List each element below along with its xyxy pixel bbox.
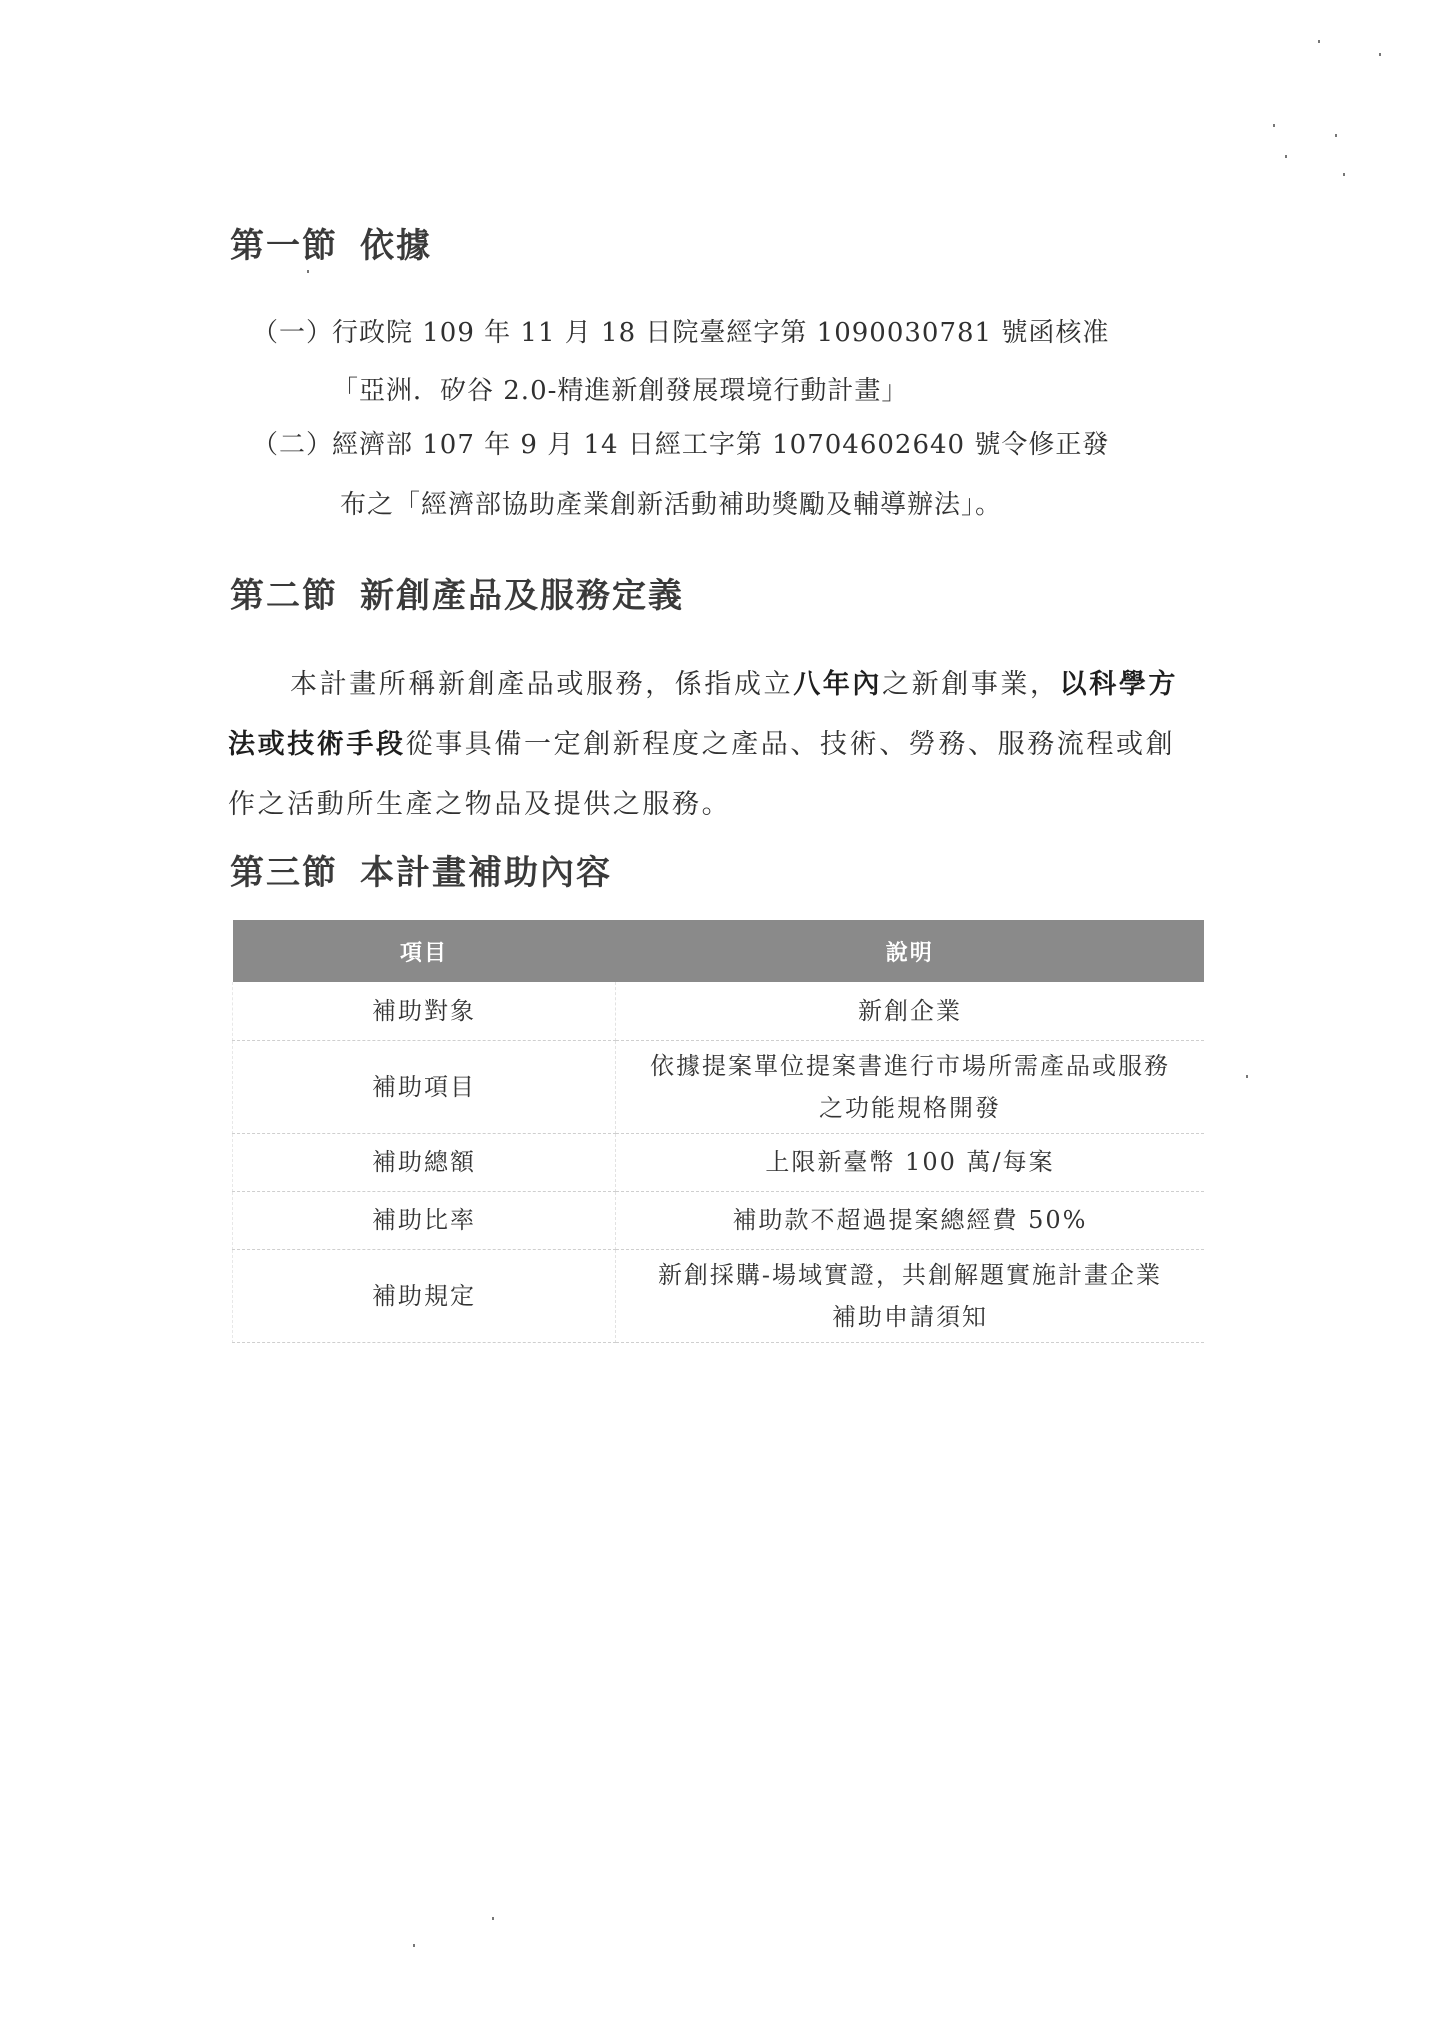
table-row: 補助比率 補助款不超過提案總經費 50%	[233, 1191, 1205, 1249]
item-text: 「亞洲．矽谷 2.0-精進新創發展環境行動計畫」	[332, 376, 908, 406]
item-cell: 補助規定	[233, 1249, 616, 1342]
basis-item-2-line-1: （二）經濟部 107 年 9 月 14 日經工字第 10704602640 號令…	[252, 430, 1109, 460]
item-prefix: （一）	[252, 318, 332, 348]
table-row: 補助項目 依據提案單位提案書進行市場所需產品或服務之功能規格開發	[233, 1040, 1205, 1133]
basis-item-1-line-2: 「亞洲．矽谷 2.0-精進新創發展環境行動計畫」	[332, 376, 908, 406]
section-number: 第二節	[230, 576, 338, 616]
item-prefix: （二）	[252, 430, 332, 460]
section-heading-definition: 第二節新創產品及服務定義	[230, 568, 684, 617]
subsidy-table: 項目 說明 補助對象 新創企業 補助項目 依據提案單位提案書進行市場所需產品或服…	[232, 920, 1204, 1343]
definition-paragraph: 本計畫所稱新創產品或服務，係指成立八年內之新創事業，以科學方法或技術手段從事具備…	[228, 655, 1188, 835]
item-cell: 補助項目	[233, 1040, 616, 1133]
section-heading-basis: 第一節依據	[230, 218, 432, 267]
scan-speck	[1273, 124, 1275, 127]
table-header-row: 項目 說明	[233, 920, 1205, 982]
column-header-item: 項目	[233, 920, 616, 982]
scan-speck	[492, 1917, 494, 1920]
scan-speck	[1246, 1075, 1248, 1078]
section-title: 依據	[360, 226, 432, 266]
table-row: 補助總額 上限新臺幣 100 萬/每案	[233, 1133, 1205, 1191]
scan-speck	[307, 270, 309, 273]
section-title: 本計畫補助內容	[360, 853, 612, 893]
item-cell: 補助總額	[233, 1133, 616, 1191]
basis-item-1-line-1: （一）行政院 109 年 11 月 18 日院臺經字第 1090030781 號…	[252, 318, 1109, 348]
section-title: 新創產品及服務定義	[360, 576, 684, 616]
section-number: 第一節	[230, 226, 338, 266]
section-heading-subsidy: 第三節本計畫補助內容	[230, 845, 612, 894]
scan-speck	[1335, 134, 1337, 137]
item-text: 行政院 109 年 11 月 18 日院臺經字第 1090030781 號函核准	[332, 318, 1109, 348]
basis-item-2-line-2: 布之「經濟部協助產業創新活動補助獎勵及輔導辦法」。	[340, 490, 1002, 520]
table-row: 補助規定 新創採購-場域實證，共創解題實施計畫企業補助申請須知	[233, 1249, 1205, 1342]
column-header-description: 說明	[616, 920, 1205, 982]
scan-speck	[1379, 53, 1381, 56]
description-cell: 補助款不超過提案總經費 50%	[616, 1191, 1205, 1249]
description-cell: 新創企業	[616, 982, 1205, 1040]
scan-speck	[413, 1944, 415, 1947]
paragraph-text: 本計畫所稱新創產品或服務，係指成立	[290, 669, 793, 700]
scan-speck	[1318, 40, 1320, 43]
table-row: 補助對象 新創企業	[233, 982, 1205, 1040]
description-cell: 依據提案單位提案書進行市場所需產品或服務之功能規格開發	[616, 1040, 1205, 1133]
item-cell: 補助對象	[233, 982, 616, 1040]
description-cell: 新創採購-場域實證，共創解題實施計畫企業補助申請須知	[616, 1249, 1205, 1342]
section-number: 第三節	[230, 853, 338, 893]
description-cell: 上限新臺幣 100 萬/每案	[616, 1133, 1205, 1191]
item-text: 布之「經濟部協助產業創新活動補助獎勵及輔導辦法」。	[340, 490, 1002, 520]
item-cell: 補助比率	[233, 1191, 616, 1249]
scan-speck	[1343, 173, 1345, 176]
paragraph-text: 之新創事業，	[882, 669, 1060, 700]
scan-speck	[1285, 155, 1287, 158]
item-text: 經濟部 107 年 9 月 14 日經工字第 10704602640 號令修正發	[332, 430, 1109, 460]
emphasis-text: 八年內	[793, 669, 882, 700]
